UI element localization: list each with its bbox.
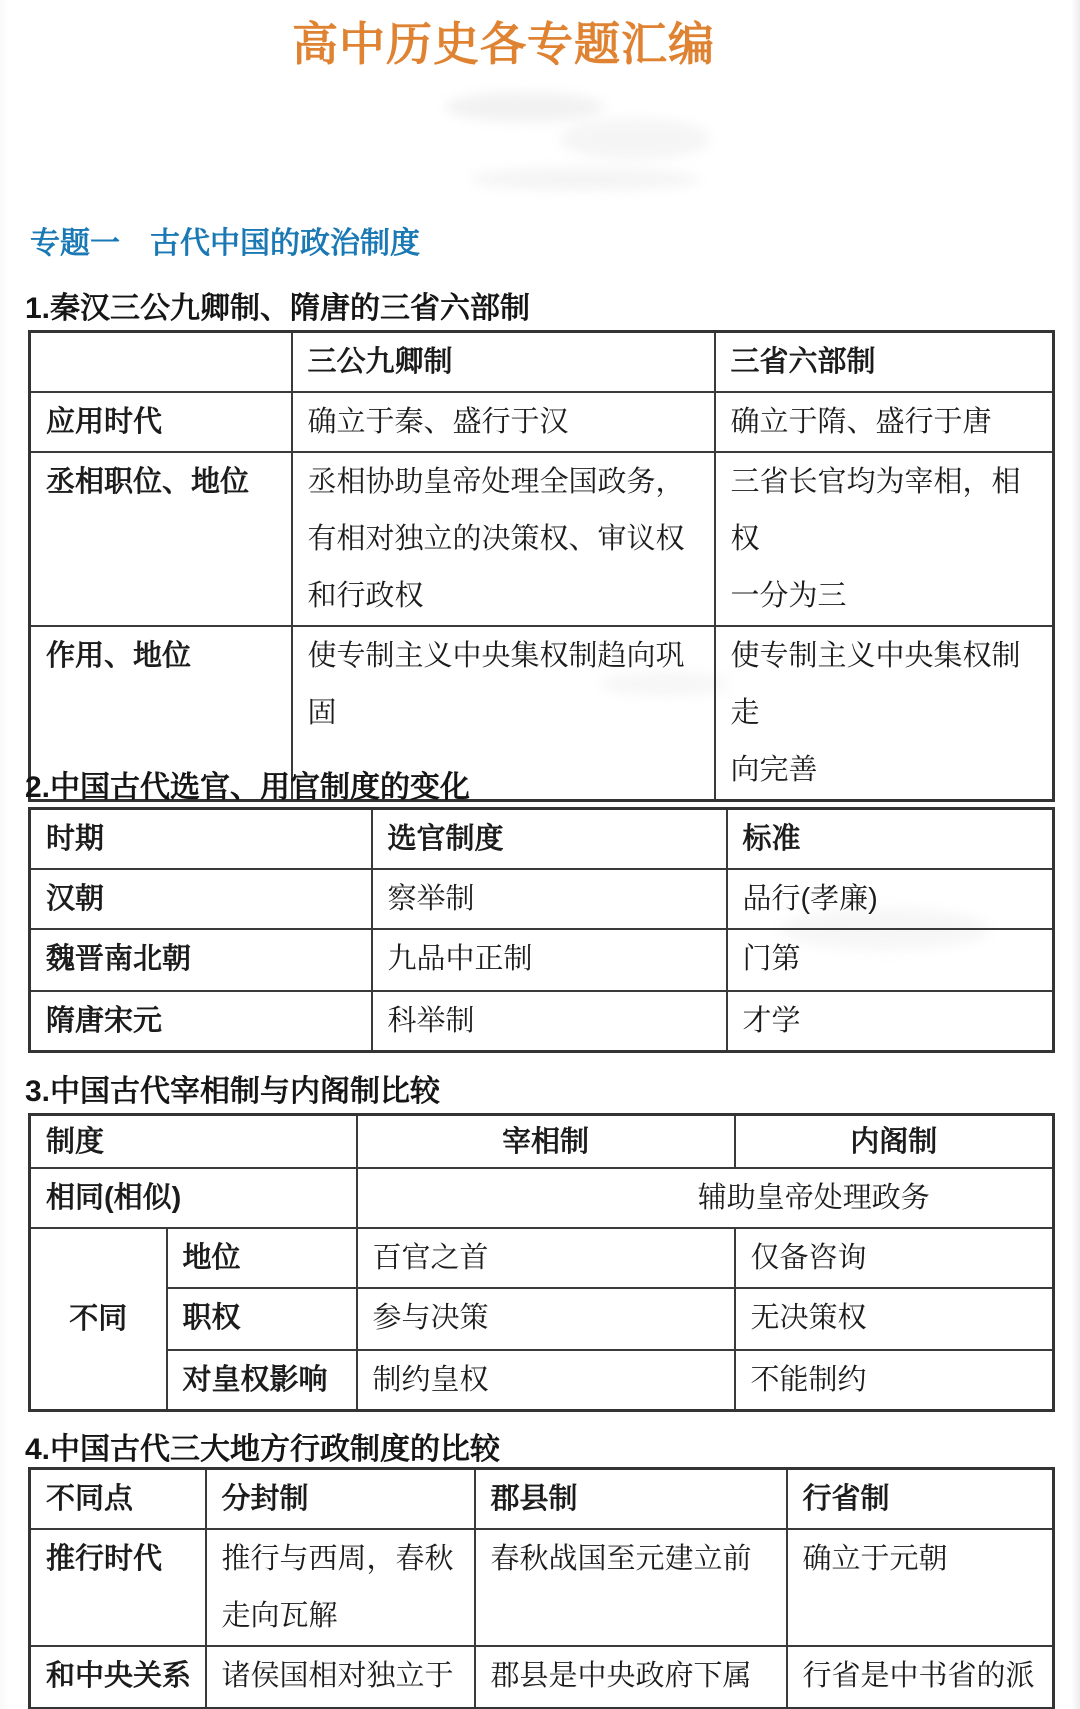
scan-edge-shadow bbox=[1071, 0, 1080, 1709]
t4-header-diff: 不同点 bbox=[30, 1469, 206, 1530]
t2-header-criterion: 标准 bbox=[727, 809, 1054, 870]
t4-header-fengjian: 分封制 bbox=[206, 1469, 475, 1530]
section4-heading: 4.中国古代三大地方行政制度的比较 bbox=[25, 1424, 500, 1468]
t2-header-system: 选官制度 bbox=[372, 809, 727, 870]
table-header-row: 时期 选官制度 标准 bbox=[30, 809, 1054, 870]
t3-diff-label: 不同 bbox=[30, 1228, 167, 1411]
table-header-row: 三公九卿制 三省六部制 bbox=[30, 332, 1054, 393]
t2-row-label: 隋唐宋元 bbox=[30, 991, 372, 1052]
t1-cell: 三省长官均为宰相，相权 一分为三 bbox=[715, 452, 1054, 626]
t4-row-label: 和中央关系 bbox=[30, 1646, 206, 1708]
section3-heading: 3.中国古代宰相制与内阁制比较 bbox=[25, 1066, 440, 1110]
t4-header-junxian: 郡县制 bbox=[475, 1469, 787, 1530]
table-xuanguan: 时期 选官制度 标准 汉朝 察举制 品行(孝廉) 魏晋南北朝 九品中正制 门第 … bbox=[28, 807, 1055, 1053]
table-zaixiang-neige: 制度 宰相制 内阁制 相同(相似) 辅助皇帝处理政务 不同 地位 百官之首 仅备… bbox=[28, 1113, 1055, 1412]
t4-cell: 确立于元朝 bbox=[787, 1529, 1054, 1646]
table-row: 推行时代 推行与西周，春秋 走向瓦解 春秋战国至元建立前 确立于元朝 bbox=[30, 1529, 1054, 1646]
scan-edge-shadow bbox=[0, 0, 9, 1709]
t1-header-sangong: 三公九卿制 bbox=[292, 332, 715, 393]
t1-cell: 丞相协助皇帝处理全国政务， 有相对独立的决策权、审议权 和行政权 bbox=[292, 452, 715, 626]
table-row: 隋唐宋元 科举制 才学 bbox=[30, 991, 1054, 1052]
table-row: 职权 参与决策 无决策权 bbox=[30, 1288, 1054, 1350]
t4-cell: 春秋战国至元建立前 bbox=[475, 1529, 787, 1646]
t1-row-label: 应用时代 bbox=[30, 392, 292, 452]
table-difang-xingzheng: 不同点 分封制 郡县制 行省制 推行时代 推行与西周，春秋 走向瓦解 春秋战国至… bbox=[28, 1467, 1055, 1709]
t2-cell: 科举制 bbox=[372, 991, 727, 1052]
t3-header-zaixiang: 宰相制 bbox=[357, 1115, 735, 1169]
t4-cell: 行省是中书省的派 bbox=[787, 1646, 1054, 1708]
t2-cell: 才学 bbox=[727, 991, 1054, 1052]
t3-cell: 制约皇权 bbox=[357, 1350, 735, 1411]
t4-cell: 推行与西周，春秋 走向瓦解 bbox=[206, 1529, 475, 1646]
section2-heading: 2.中国古代选官、用官制度的变化 bbox=[25, 762, 470, 806]
t3-same-label: 相同(相似) bbox=[30, 1168, 357, 1228]
t4-cell: 诸侯国相对独立于 bbox=[206, 1646, 475, 1708]
table-row: 魏晋南北朝 九品中正制 门第 bbox=[30, 929, 1054, 991]
t3-aspect-label: 对皇权影响 bbox=[167, 1350, 357, 1411]
table-sangong-sansheng: 三公九卿制 三省六部制 应用时代 确立于秦、盛行于汉 确立于隋、盛行于唐 丞相职… bbox=[28, 330, 1055, 802]
document-page: 高中历史各专题汇编 专题一 古代中国的政治制度 1.秦汉三公九卿制、隋唐的三省六… bbox=[0, 0, 1080, 1709]
scan-smudge bbox=[445, 92, 605, 122]
t1-row-label: 丞相职位、地位 bbox=[30, 452, 292, 626]
t4-cell: 郡县是中央政府下属 bbox=[475, 1646, 787, 1708]
t3-same-value: 辅助皇帝处理政务 bbox=[357, 1168, 1054, 1228]
table-row: 应用时代 确立于秦、盛行于汉 确立于隋、盛行于唐 bbox=[30, 392, 1054, 452]
table-row: 对皇权影响 制约皇权 不能制约 bbox=[30, 1350, 1054, 1411]
table-row: 汉朝 察举制 品行(孝廉) bbox=[30, 869, 1054, 929]
table-row: 相同(相似) 辅助皇帝处理政务 bbox=[30, 1168, 1054, 1228]
t3-cell: 百官之首 bbox=[357, 1228, 735, 1288]
t2-row-label: 魏晋南北朝 bbox=[30, 929, 372, 991]
t3-aspect-label: 职权 bbox=[167, 1288, 357, 1350]
t2-cell: 察举制 bbox=[372, 869, 727, 929]
table-row: 丞相职位、地位 丞相协助皇帝处理全国政务， 有相对独立的决策权、审议权 和行政权… bbox=[30, 452, 1054, 626]
table-header-row: 制度 宰相制 内阁制 bbox=[30, 1115, 1054, 1169]
t3-header-neige: 内阁制 bbox=[735, 1115, 1054, 1169]
section1-heading: 1.秦汉三公九卿制、隋唐的三省六部制 bbox=[25, 283, 530, 327]
scan-smudge bbox=[470, 168, 700, 190]
table-row: 和中央关系 诸侯国相对独立于 郡县是中央政府下属 行省是中书省的派 bbox=[30, 1646, 1054, 1708]
t3-cell: 无决策权 bbox=[735, 1288, 1054, 1350]
t2-header-period: 时期 bbox=[30, 809, 372, 870]
t4-header-xingsheng: 行省制 bbox=[787, 1469, 1054, 1530]
t2-cell: 九品中正制 bbox=[372, 929, 727, 991]
scan-smudge bbox=[560, 118, 710, 160]
t1-cell: 确立于秦、盛行于汉 bbox=[292, 392, 715, 452]
topic-heading: 专题一 古代中国的政治制度 bbox=[30, 218, 420, 262]
t3-header-system: 制度 bbox=[30, 1115, 357, 1169]
t1-cell: 确立于隋、盛行于唐 bbox=[715, 392, 1054, 452]
t2-cell: 品行(孝廉) bbox=[727, 869, 1054, 929]
document-title: 高中历史各专题汇编 bbox=[292, 8, 715, 74]
t3-cell: 仅备咨询 bbox=[735, 1228, 1054, 1288]
t2-row-label: 汉朝 bbox=[30, 869, 372, 929]
table-row: 不同 地位 百官之首 仅备咨询 bbox=[30, 1228, 1054, 1288]
t3-cell: 不能制约 bbox=[735, 1350, 1054, 1411]
t4-row-label: 推行时代 bbox=[30, 1529, 206, 1646]
t1-header-sansheng: 三省六部制 bbox=[715, 332, 1054, 393]
t2-cell: 门第 bbox=[727, 929, 1054, 991]
table-header-row: 不同点 分封制 郡县制 行省制 bbox=[30, 1469, 1054, 1530]
t3-cell: 参与决策 bbox=[357, 1288, 735, 1350]
t1-corner-cell bbox=[30, 332, 292, 393]
t1-cell: 使专制主义中央集权制走 向完善 bbox=[715, 626, 1054, 801]
t3-aspect-label: 地位 bbox=[167, 1228, 357, 1288]
